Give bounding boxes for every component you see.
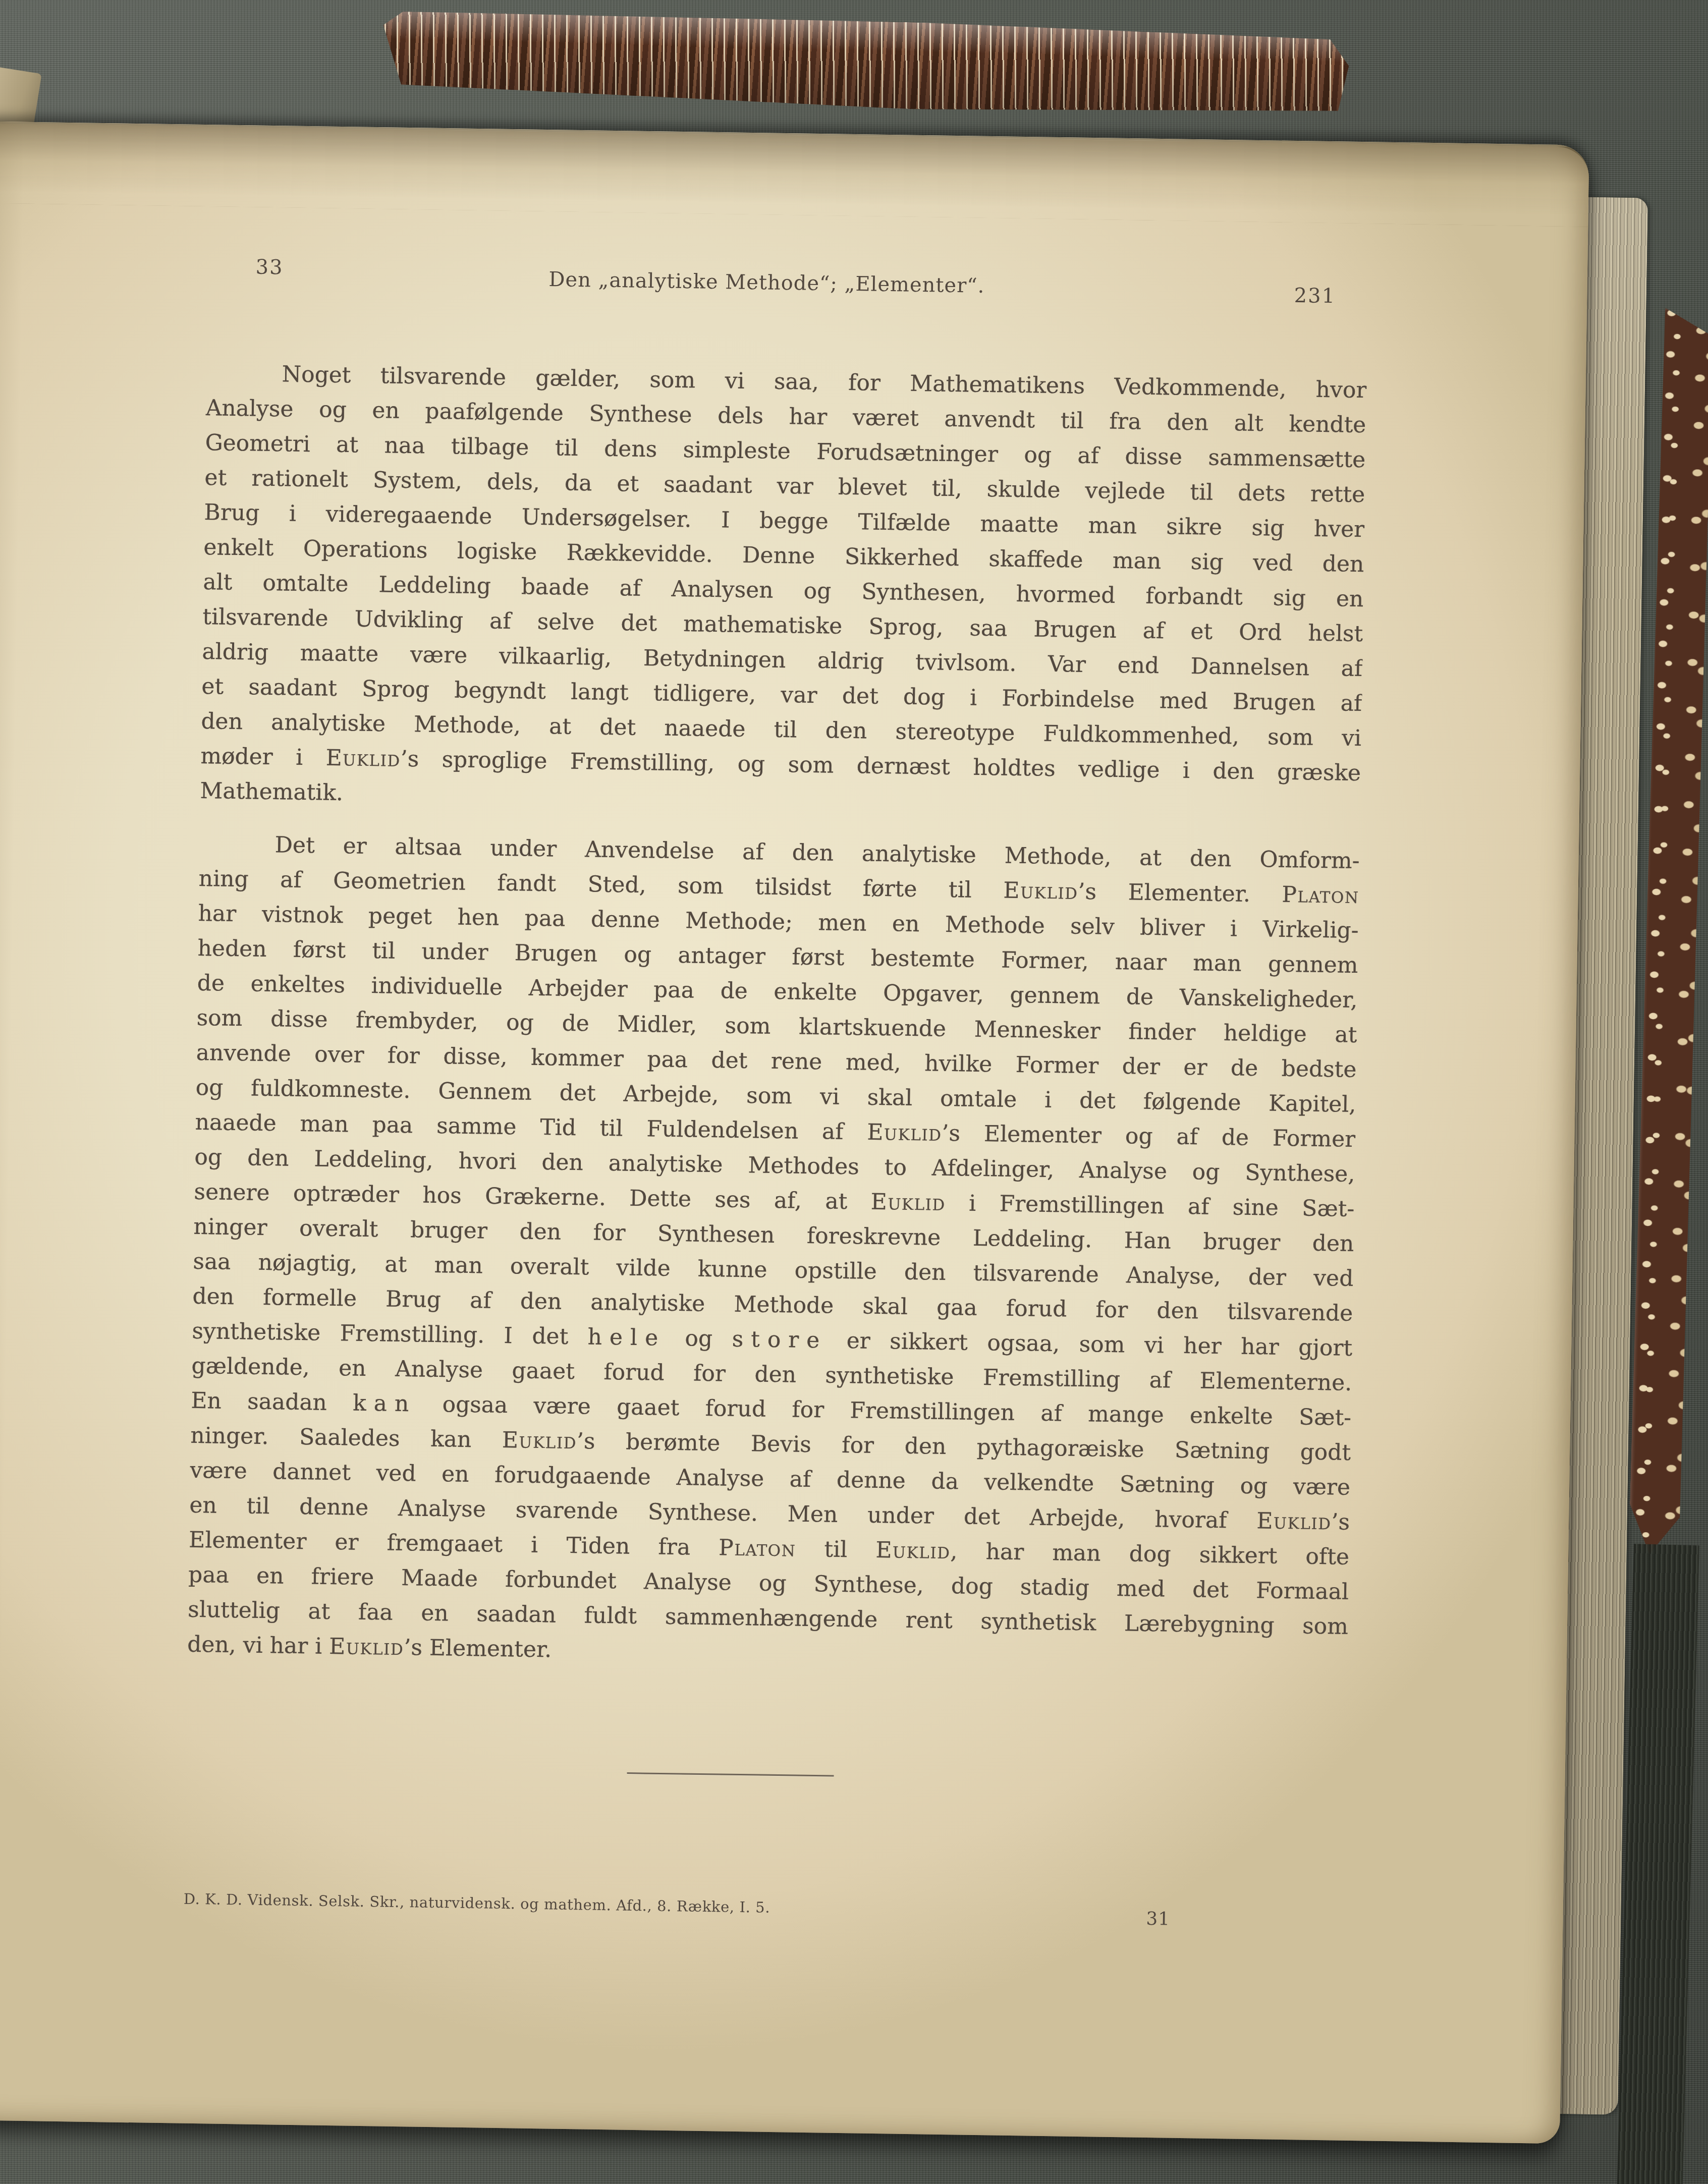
small-caps-name: Platon	[1282, 882, 1359, 909]
small-caps-name: Euklid	[329, 1634, 404, 1660]
small-caps-name: Euklid	[325, 745, 401, 772]
small-caps-name: Euklid	[867, 1119, 942, 1146]
page-footer: D. K. D. Vidensk. Selsk. Skr., naturvide…	[183, 1890, 1344, 1933]
page-header: 33 Den „analytiske Methode“; „Elementer“…	[207, 260, 1368, 308]
small-caps-name: Euklid	[1256, 1508, 1332, 1535]
small-caps-name: Euklid	[502, 1427, 577, 1454]
paragraph: Noget tilsvarende gælder, som vi saa, fo…	[200, 356, 1367, 825]
series-imprint: D. K. D. Vidensk. Selsk. Skr., naturvide…	[184, 1890, 770, 1916]
letterspaced-word: store	[732, 1326, 827, 1354]
small-caps-name: Platon	[719, 1535, 796, 1561]
page-number: 231	[1294, 284, 1336, 308]
book-photo: 33 Den „analytiske Methode“; „Elementer“…	[0, 0, 1708, 2184]
small-caps-name: Euklid	[1003, 878, 1078, 905]
running-title: Den „analytiske Methode“; „Elementer“.	[186, 262, 1347, 303]
paragraph: Det er altsaa under Anvendelse af den an…	[187, 826, 1360, 1679]
gathering-signature-number: 31	[1146, 1909, 1170, 1930]
letterspaced-word: hele	[587, 1324, 666, 1351]
footnote-separator-rule	[627, 1772, 834, 1776]
book-page: 33 Den „analytiske Methode“; „Elementer“…	[0, 121, 1589, 2144]
letterspaced-word: kan	[353, 1390, 417, 1417]
page-content: 33 Den „analytiske Methode“; „Elementer“…	[0, 256, 1368, 1933]
paragraphs: Noget tilsvarende gælder, som vi saa, fo…	[187, 356, 1367, 1679]
small-caps-name: Euklid	[870, 1189, 946, 1216]
small-caps-name: Euklid	[875, 1537, 951, 1564]
